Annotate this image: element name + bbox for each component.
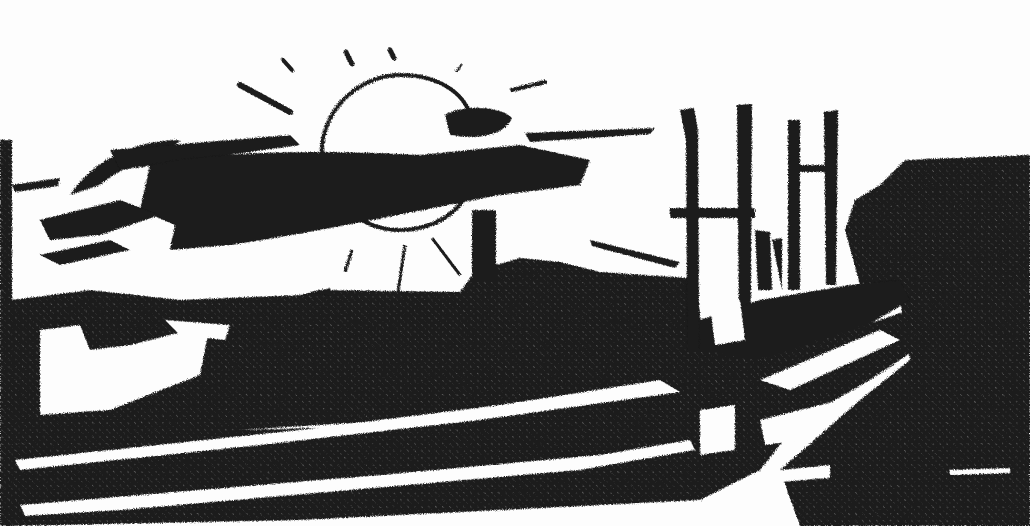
ink-layer — [0, 50, 1030, 526]
left-border-stroke — [0, 140, 12, 526]
ink-sketch-scene: Black-and-white ink sketch of a sun sett… — [0, 0, 1030, 526]
sketch-canvas — [0, 0, 1030, 526]
cloud-streaks — [12, 108, 680, 268]
chimney — [472, 210, 496, 280]
